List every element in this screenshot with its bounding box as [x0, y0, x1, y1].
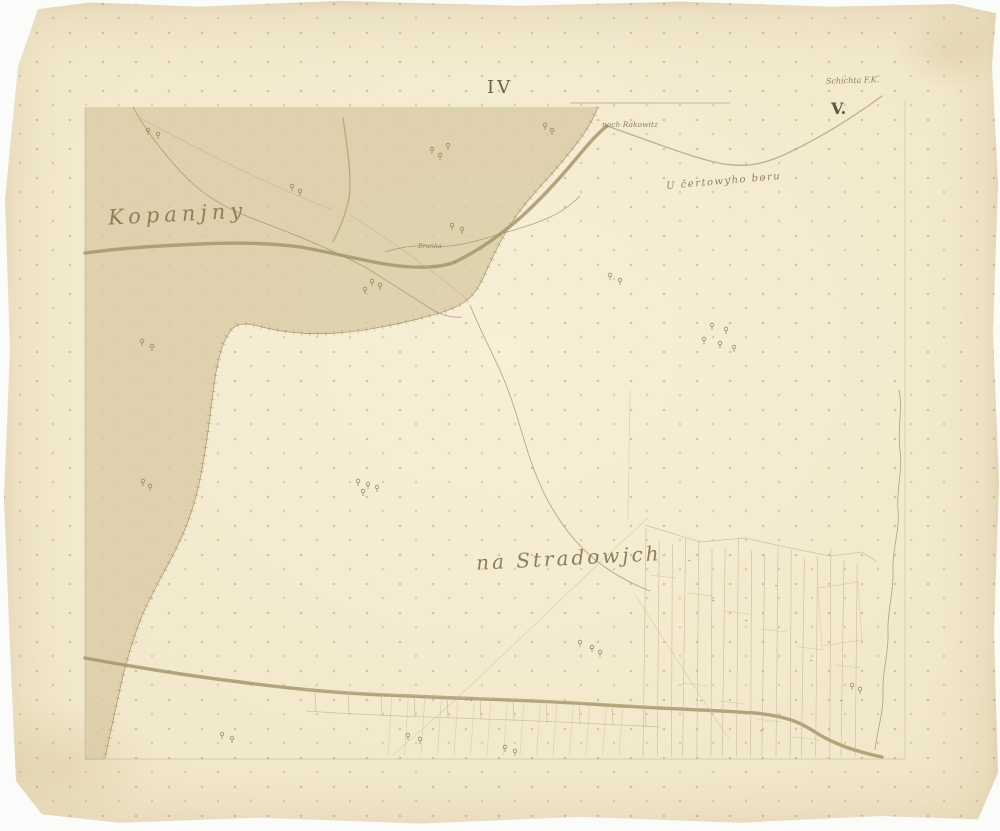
parcel-block [818, 582, 862, 646]
sheet-number-right: V. [831, 99, 846, 118]
parcel-number-specks [470, 560, 842, 731]
paper-sheet: IV Schichta F.K. V. nach Rakowitz U čert… [0, 0, 1000, 831]
surveyor-signature: Schichta F.K. [826, 75, 879, 86]
parcel-zone-cross-path [635, 595, 730, 740]
stream-east-edge [875, 390, 901, 750]
direction-label: nach Rakowitz [602, 120, 658, 129]
roadside-parcels-bottom [306, 711, 660, 727]
parcel-zone-top-edge [645, 525, 876, 561]
field-boundary-3 [628, 390, 630, 520]
map-canvas [0, 0, 1000, 831]
stream-label: Branka [418, 242, 442, 250]
sheet-number-top: IV [487, 77, 513, 98]
scanned-map-sheet: IV Schichta F.K. V. nach Rakowitz U čert… [0, 0, 1000, 831]
